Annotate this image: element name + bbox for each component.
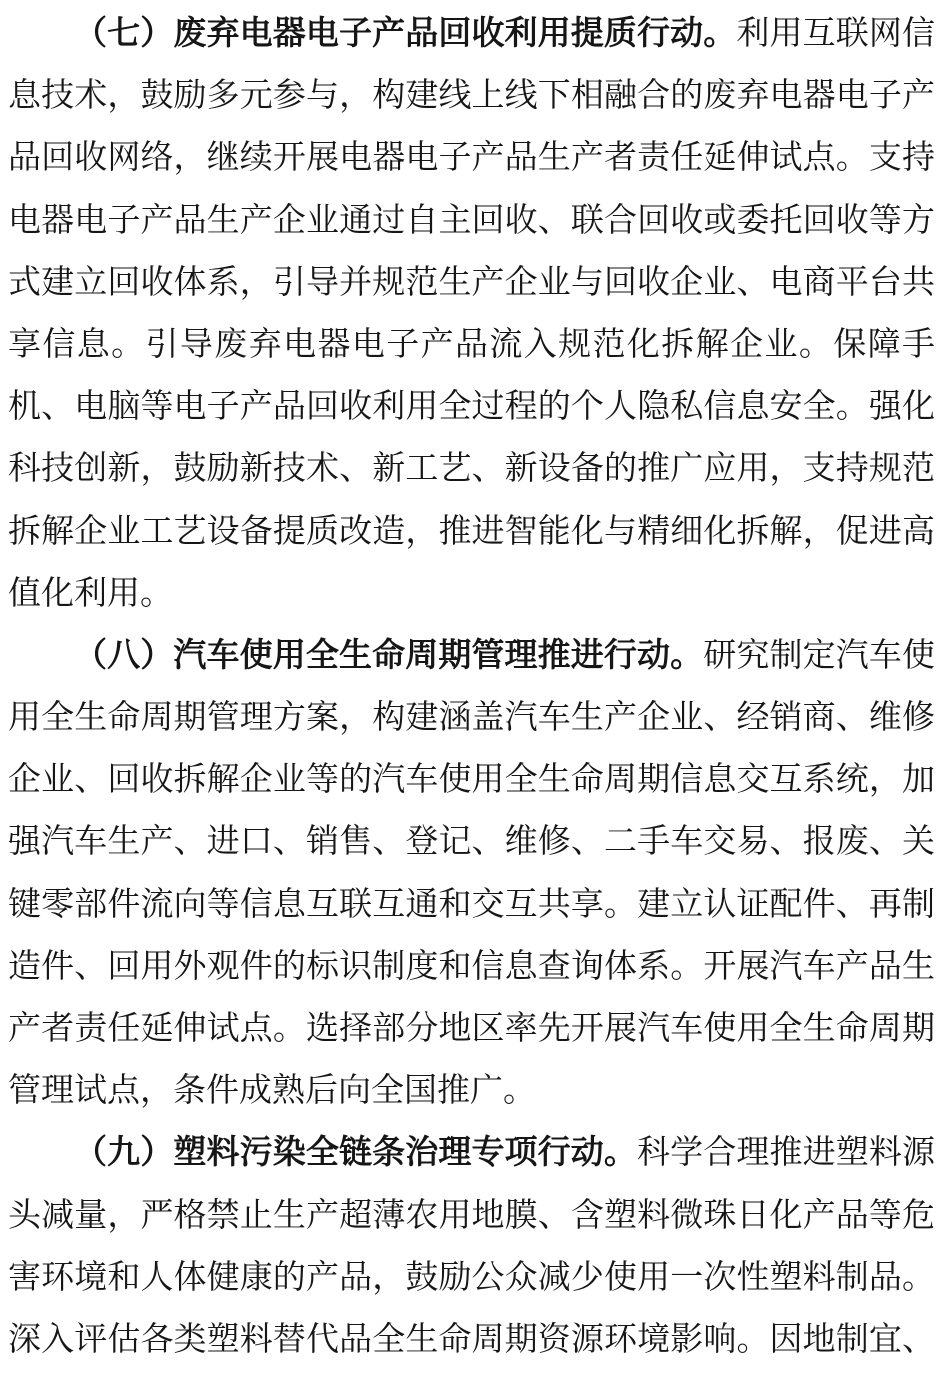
section-heading-9: （九）塑料污染全链条治理专项行动。 [74,1135,637,1171]
text-line: 拆解企业工艺设备提质改造，推进智能化与精细化拆解，促进高 [8,501,935,563]
text-line: 深入评估各类塑料替代品全生命周期资源环境影响。因地制宜、 [8,1309,935,1371]
text-line: （九）塑料污染全链条治理专项行动。科学合理推进塑料源 [8,1122,935,1184]
line-text: 研究制定汽车使 [703,638,935,674]
text-line: 害环境和人体健康的产品，鼓励公众减少使用一次性塑料制品。 [8,1247,935,1309]
text-line: 值化利用。 [8,563,935,625]
line-text: 利用互联网信 [736,16,935,52]
text-line: 产者责任延伸试点。选择部分地区率先开展汽车使用全生命周期 [8,998,935,1060]
text-line: 式建立回收体系，引导并规范生产企业与回收企业、电商平台共 [8,252,935,314]
text-line: 造件、回用外观件的标识制度和信息查询体系。开展汽车产品生 [8,936,935,998]
text-line: 品回收网络，继续开展电器电子产品生产者责任延伸试点。支持 [8,127,935,189]
text-line: 科技创新，鼓励新技术、新工艺、新设备的推广应用，支持规范 [8,438,935,500]
text-line: 用全生命周期管理方案，构建涵盖汽车生产企业、经销商、维修 [8,687,935,749]
text-line: 机、电脑等电子产品回收利用全过程的个人隐私信息安全。强化 [8,376,935,438]
line-text: 科学合理推进塑料源 [637,1135,935,1171]
text-line: （七）废弃电器电子产品回收利用提质行动。利用互联网信 [8,3,935,65]
section-heading-8: （八）汽车使用全生命周期管理推进行动。 [74,638,703,674]
document-page: （七）废弃电器电子产品回收利用提质行动。利用互联网信 息技术，鼓励多元参与，构建… [0,0,943,1373]
text-line: 企业、回收拆解企业等的汽车使用全生命周期信息交互系统，加 [8,749,935,811]
text-line: 键零部件流向等信息互联互通和交互共享。建立认证配件、再制 [8,874,935,936]
section-heading-7: （七）废弃电器电子产品回收利用提质行动。 [74,16,736,52]
text-line: 息技术，鼓励多元参与，构建线上线下相融合的废弃电器电子产 [8,65,935,127]
text-line: 电器电子产品生产企业通过自主回收、联合回收或委托回收等方 [8,190,935,252]
text-line: 享信息。引导废弃电器电子产品流入规范化拆解企业。保障手 [8,314,935,376]
text-line: （八）汽车使用全生命周期管理推进行动。研究制定汽车使 [8,625,935,687]
text-line: 管理试点，条件成熟后向全国推广。 [8,1060,935,1122]
text-line: 强汽车生产、进口、销售、登记、维修、二手车交易、报废、关 [8,811,935,873]
text-line: 头减量，严格禁止生产超薄农用地膜、含塑料微珠日化产品等危 [8,1185,935,1247]
